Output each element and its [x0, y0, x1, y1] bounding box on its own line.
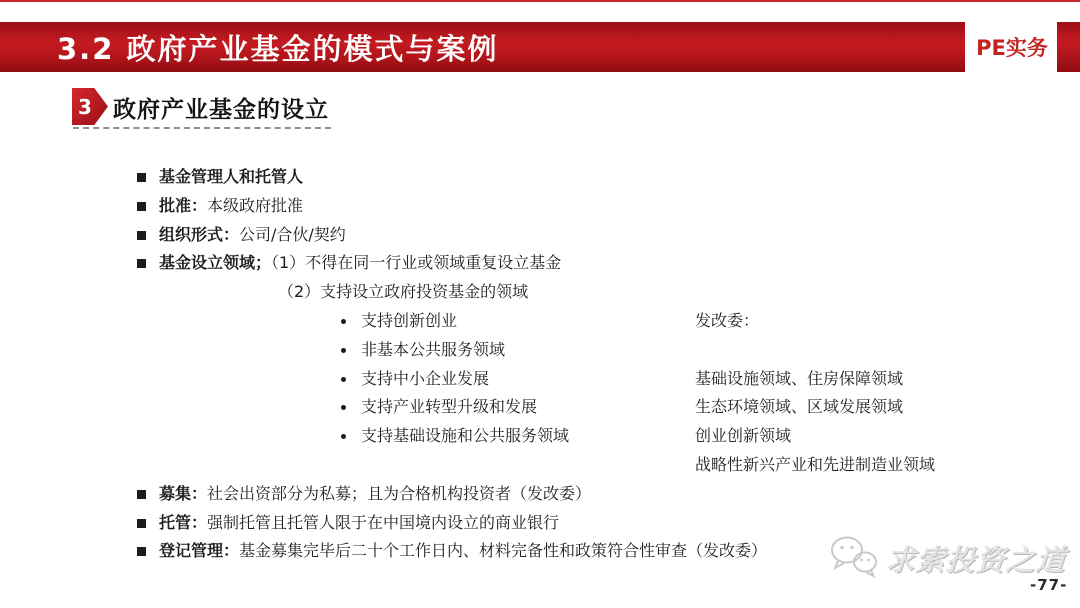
list-item-label: 批准： — [159, 196, 207, 215]
wechat-icon — [828, 534, 880, 582]
right-cell: 战略性新兴产业和先进制造业领域 — [695, 451, 935, 480]
round-bullet-icon — [341, 405, 346, 410]
right-cell: 基础设施领域、住房保障领域 — [695, 365, 903, 394]
square-bullet-icon — [137, 490, 146, 499]
header-banner: 3.2 政府产业基金的模式与案例 — [0, 22, 965, 72]
list-item: 基金管理人和托管人 — [137, 163, 1072, 192]
list-item: 批准：本级政府批准 — [137, 192, 1072, 221]
section-title-underline — [73, 127, 331, 129]
left-cell: 支持创新创业 — [361, 307, 457, 336]
list-item-label: 登记管理： — [159, 541, 239, 560]
two-column-row: 支持基础设施和公共服务领域 创业创新领域 — [137, 422, 1072, 451]
list-item: 组织形式：公司/合伙/契约 — [137, 221, 1072, 250]
square-bullet-icon — [137, 202, 146, 211]
square-bullet-icon — [137, 231, 146, 240]
section-number: 3 — [78, 95, 92, 119]
two-column-row: 战略性新兴产业和先进制造业领域 — [137, 451, 1072, 480]
right-cell: 生态环境领域、区域发展领域 — [695, 393, 903, 422]
list-item-text: 强制托管且托管人限于在中国境内设立的商业银行 — [207, 513, 559, 532]
page-number: -77- — [1030, 576, 1067, 594]
square-bullet-icon — [137, 519, 146, 528]
two-column-row: 非基本公共服务领域 — [137, 336, 1072, 365]
sub-item-line: （2）支持设立政府投资基金的领域 — [137, 278, 1072, 307]
two-column-row: 支持产业转型升级和发展 生态环境领域、区域发展领域 — [137, 393, 1072, 422]
left-cell: 支持基础设施和公共服务领域 — [361, 422, 569, 451]
round-bullet-icon — [341, 319, 346, 324]
list-item-label: 募集： — [159, 484, 207, 503]
content-area: 基金管理人和托管人 批准：本级政府批准 组织形式：公司/合伙/契约 基金设立领域… — [137, 163, 1072, 566]
two-column-row: 支持创新创业 发改委： — [137, 307, 1072, 336]
round-bullet-icon — [341, 434, 346, 439]
right-cell: 创业创新领域 — [695, 422, 791, 451]
corner-red-block — [1057, 22, 1080, 72]
watermark-text: 求索投资之道 — [885, 538, 1068, 579]
pe-shiwu-logo: PE实务 — [968, 22, 1056, 72]
list-item-label: 组织形式： — [159, 225, 239, 244]
list-item-text: 基金募集完毕后二十个工作日内、材料完备性和政策符合性审查（发改委） — [239, 541, 767, 560]
list-item: 募集：社会出资部分为私募；且为合格机构投资者（发改委） — [137, 480, 1072, 509]
list-item: 基金设立领域；（1）不得在同一行业或领域重复设立基金 — [137, 249, 1072, 278]
list-item-label: 托管： — [159, 513, 207, 532]
list-item-label: 基金设立领域； — [159, 253, 271, 272]
section-title: 政府产业基金的设立 — [113, 91, 329, 124]
top-accent-line — [0, 0, 1080, 2]
right-cell: 发改委： — [695, 307, 759, 336]
slide: 3.2 政府产业基金的模式与案例 PE实务 3 政府产业基金的设立 基金管理人和… — [0, 0, 1080, 608]
left-cell: 非基本公共服务领域 — [361, 336, 505, 365]
list-item-label: 基金管理人和托管人 — [159, 167, 303, 186]
square-bullet-icon — [137, 547, 146, 556]
square-bullet-icon — [137, 173, 146, 182]
list-item-text: 社会出资部分为私募；且为合格机构投资者（发改委） — [207, 484, 591, 503]
list-item-text: 公司/合伙/契约 — [239, 225, 346, 244]
left-cell: 支持产业转型升级和发展 — [361, 393, 537, 422]
left-cell: 支持中小企业发展 — [361, 365, 489, 394]
list-item-text: 本级政府批准 — [207, 196, 303, 215]
slide-title: 3.2 政府产业基金的模式与案例 — [57, 27, 498, 68]
section-number-badge: 3 — [72, 88, 108, 125]
round-bullet-icon — [341, 348, 346, 353]
two-column-row: 支持中小企业发展 基础设施领域、住房保障领域 — [137, 365, 1072, 394]
round-bullet-icon — [341, 377, 346, 382]
watermark: 求索投资之道 — [828, 534, 1066, 582]
square-bullet-icon — [137, 259, 146, 268]
list-item-text: （1）不得在同一行业或领域重复设立基金 — [271, 253, 561, 272]
